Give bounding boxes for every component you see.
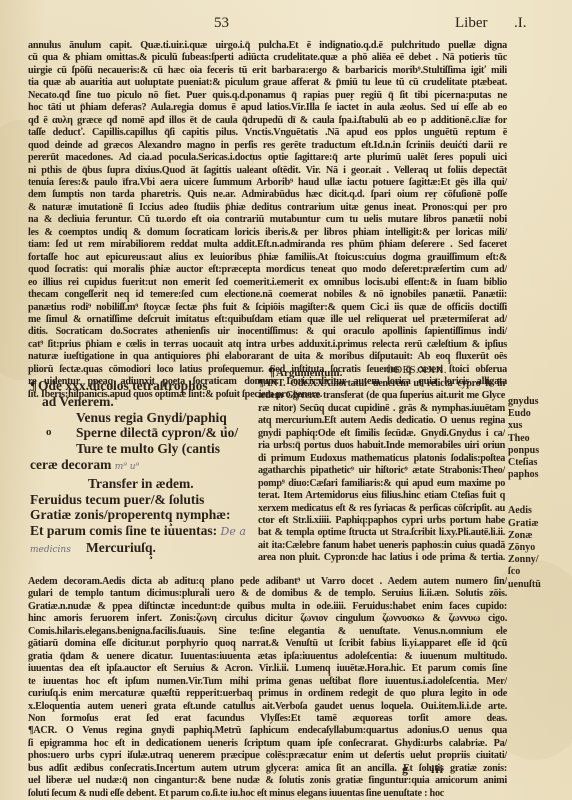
text-line: tia quæ ab auaritia aut uoluptate puenia… <box>28 77 507 89</box>
text-line: Eudo <box>508 408 558 420</box>
text-line: hinc amoris feruorem infert. Zonis:ζωνη … <box>28 613 507 625</box>
handwritten-note: m⁹ u⁹ <box>115 462 139 472</box>
text-line: xus <box>508 420 558 432</box>
folio-number: 53 <box>214 15 229 32</box>
poem-line: Venus regia Gnydi/paphiq̧ <box>30 410 255 426</box>
text-line: ædem Glyceræ transferat (de qua ſuperius… <box>258 390 505 402</box>
text-line: gnydus <box>508 396 558 408</box>
text-line: te iuuentas hoc eſt ipſum numen.Vir.Tum … <box>28 676 507 688</box>
book-number: .I. <box>514 15 527 32</box>
poem-line: Et parum comis ſine te iuuentas: De a <box>30 523 255 540</box>
text-line: pererūt macedones. Ad cia.ad pocula.Seri… <box>28 152 507 164</box>
text-line: cat⁹ ſit:prius p̄hiam e cœlis in terras … <box>28 339 507 351</box>
text-line: area non pluit. Cypron:de hac latius i o… <box>258 552 505 564</box>
text-line: ditis. Socraticam do.Socrates athenienſi… <box>28 326 507 338</box>
odes-heading: ODES.XXX. <box>386 364 447 376</box>
text-line: Theo <box>508 433 558 445</box>
handwritten-note: medicins <box>30 543 86 559</box>
text-line: hoc tāti ut p̄hiam deferas? Aula.regia d… <box>28 102 507 114</box>
text-line: terat. Item Artemidorus eius filius.hinc… <box>258 490 505 502</box>
text-line: ¶ANT. Ode.XXX.hortatur uenerem ut relict… <box>258 378 505 390</box>
margin-marker: o <box>46 425 52 441</box>
text-line: bat & templa optime ſtructa ut Stra.ſcri… <box>258 527 505 539</box>
text-line: ponpus <box>508 445 558 457</box>
text-line: x.Eloquentia autem ueneri grata eſt.unde… <box>28 701 507 713</box>
text-line: quod deinde ad græcos Alexandro magno in… <box>28 140 507 152</box>
ode-poem: ¶Ode xxx.dicolos tetraſtrophos ad Venere… <box>30 378 255 559</box>
text-line: xerxem medicatus eſt & res ſyriacas & pe… <box>258 503 505 515</box>
text-line: panætius rodi⁹ nobiliſſ.m⁹ ſtoycæ ſectæ … <box>28 302 507 314</box>
text-line: qđ ē αυλη græce qđ nomē apđ illos ēt de … <box>28 115 507 127</box>
text-line: ctor eſt Str.li.xiiii. Paphiq̧:paphos cy… <box>258 515 505 527</box>
poem-line: Feruidus tecum puer/& ſolutis <box>30 492 255 508</box>
signature-letter: g <box>402 762 408 777</box>
poem-line: Transfer in ædem. <box>30 476 255 492</box>
text-line: eo illius rei cupidus fuerit:ut non emer… <box>28 277 507 289</box>
text-line: di primum Eudoxus mathematicus platonis … <box>258 453 505 465</box>
scanned-page: 53 Liber .I. annulus ānulum capit. Quæ.t… <box>0 0 572 800</box>
text-line: Non formoſus erat ſed erat facundus Vlyſ… <box>28 713 507 725</box>
poem-line: Gratiæ zonis/properentq̧ nymphæ: <box>30 507 255 523</box>
text-line: curiuſq̧.is enim mercaturæ quæſtū repper… <box>28 688 507 700</box>
text-line: Gratiæ <box>508 518 558 530</box>
poem-title: ¶Ode xxx.dicolos tetraſtrophos <box>30 378 255 394</box>
top-commentary: annulus ānulum capit. Quæ.ti.uir.i.quæ u… <box>28 40 507 401</box>
poem-title-line-2: ad Venerem. <box>30 394 255 410</box>
text-line: cū qua & phiam omittas.& piculū ſubeas:ſ… <box>28 52 507 64</box>
text-line: ria urbs:q̄ portus duos habuit.Inde memo… <box>258 440 505 452</box>
pilcrow-icon: ¶ <box>268 364 275 379</box>
margin-notes: gnydusEudoxusTheoponpusCteſiaspaphos Aed… <box>508 396 558 591</box>
text-line: naturæ iueſtigatione in qua antiquiores … <box>28 351 507 363</box>
poem-line-text: ceræ decoram <box>30 457 111 472</box>
poem-line-text: Et parum comis ſine te iuuentas: <box>30 523 217 538</box>
text-line: atq̧ mercurium.Eſt autem Aedis dedicatio… <box>258 415 505 427</box>
text-line: Aedis <box>508 505 558 517</box>
text-line: les & coemptos undiq̧ & domum ſocraticam… <box>28 227 507 239</box>
poem-line-text: Sperne dilectā cypron/& uo/ <box>76 425 238 440</box>
argument-heading-row: ¶Argumentum. ODES.XXX. <box>0 364 572 378</box>
text-line: thecam congeſſerit neq̧ id temere:ſed cu… <box>28 289 507 301</box>
text-line: uenuſtū <box>508 579 558 591</box>
page-header: 53 Liber .I. <box>0 15 572 35</box>
text-line: tenuia ſeres:& paulo īfra.Vbi aera uicer… <box>28 177 507 189</box>
text-line: gulari de templo tantum dicimus:plurali … <box>28 588 507 600</box>
text-line: gratia q̄dam & uenere dicatur. Iuuentas:… <box>28 651 507 663</box>
text-line: & naturæ imutationē ſi Iccius adeo ſtudi… <box>28 202 507 214</box>
text-line: Zonæ <box>508 530 558 542</box>
text-line: ſoluti ſecum & nudi eſſe debent. Et paru… <box>28 788 507 800</box>
margin-gap <box>508 481 558 505</box>
text-line: agatharchis pipathetic⁹ uir hiſtoric⁹ æt… <box>258 465 505 477</box>
text-line: dem ſumptis non tarda pharetris. Quis ne… <box>28 189 507 201</box>
text-line: Cteſias <box>508 457 558 469</box>
handwritten-note: De a <box>221 525 246 538</box>
text-line: ſi epigramma hoc eſt in dedicationem uen… <box>28 738 507 750</box>
text-line: Gratiæ.n.nudæ & ppea diſtinctæ incedunt:… <box>28 601 507 613</box>
text-line: gnydi paphiq̧:Ode eſt ſimilis ſecūdæ. Gn… <box>258 428 505 440</box>
text-line: gātiarū domina eſſe dicitur.ut porphyrio… <box>28 638 507 650</box>
poem-line-text: Mercuriuſq̧. <box>86 540 156 555</box>
text-line: ni pthis de q̄bus ſupra dixius.Quod āt ſ… <box>28 165 507 177</box>
text-line: Necato.qđ ſine tuo piculo nō fiet. Puer … <box>28 90 507 102</box>
text-line: iuuentas dea eſt ipſa.auctor eſt Seruius… <box>28 663 507 675</box>
pilcrow-icon: ¶ <box>30 378 37 393</box>
argument-commentary: ¶ANT. Ode.XXX.hortatur uenerem ut relict… <box>258 378 505 565</box>
margin-notes-group-1: gnydusEudoxusTheoponpusCteſiaspaphos <box>508 396 558 481</box>
text-line: me ſimul & ornatiſſime deſcruit imitatus… <box>28 314 507 326</box>
text-line: taſſe deducť. Capillis.capillus q̄ſi cap… <box>28 127 507 139</box>
text-line: ¶ACR. O Venus regina gnydi paphiq̧.Metrū… <box>28 725 507 737</box>
poem-line: medicinsMercuriuſq̧. <box>30 540 255 559</box>
signature-number: iii <box>431 762 444 777</box>
text-line: Aedem decoram.Aedis dicta ab aditu:q̧ pl… <box>28 576 507 588</box>
text-line: paphos <box>508 469 558 481</box>
running-title: Liber <box>455 15 487 32</box>
text-line: Zonny/ <box>508 554 558 566</box>
poem-title-line-1: Ode xxx.dicolos tetraſtrophos <box>38 378 208 393</box>
text-line: pomp⁹ diuo:Cæſari familiaris:& qui apud … <box>258 478 505 490</box>
poem-line: oSperne dilectā cypron/& uo/ <box>30 425 255 441</box>
text-line: ræ nitor) Secūq̧ ducat cupidinē . grās &… <box>258 403 505 415</box>
poem-line: Ture te multo Gly (cantis <box>30 441 255 457</box>
text-line: ſco <box>508 566 558 578</box>
margin-notes-group-2: AedisGratiæZonæZōnyoZonny/ſcouenuſtū <box>508 505 558 590</box>
text-line: fortaſſe hoc aut epicureus:aut alius ex … <box>28 252 507 264</box>
text-line: quod ſocratis: qui moralis p̄hiæ auctor … <box>28 264 507 276</box>
text-line: Comis.hilaris.elegans.benigna.facilis.ſu… <box>28 626 507 638</box>
text-line: tiam: ſed ut rem mirabiliorem reddat mul… <box>28 239 507 251</box>
signature-mark: g iii <box>0 762 572 778</box>
text-line: ait ita:Cælebre fanum habet ueneris paph… <box>258 540 505 552</box>
poem-line: ceræ decoram m⁹ u⁹ <box>30 457 255 476</box>
text-line: phos:uero urbs cypri iſulæ.utraq̧ uenere… <box>28 750 507 762</box>
text-line: na & decliuia feruntur. Cū tu.ordo eſt o… <box>28 214 507 226</box>
text-line: annulus ānulum capit. Quæ.ti.uir.i.quæ u… <box>28 40 507 52</box>
text-line: Zōnyo <box>508 542 558 554</box>
text-line: uirgie cū ſpōſū necaueris:& cū hæc oia f… <box>28 65 507 77</box>
